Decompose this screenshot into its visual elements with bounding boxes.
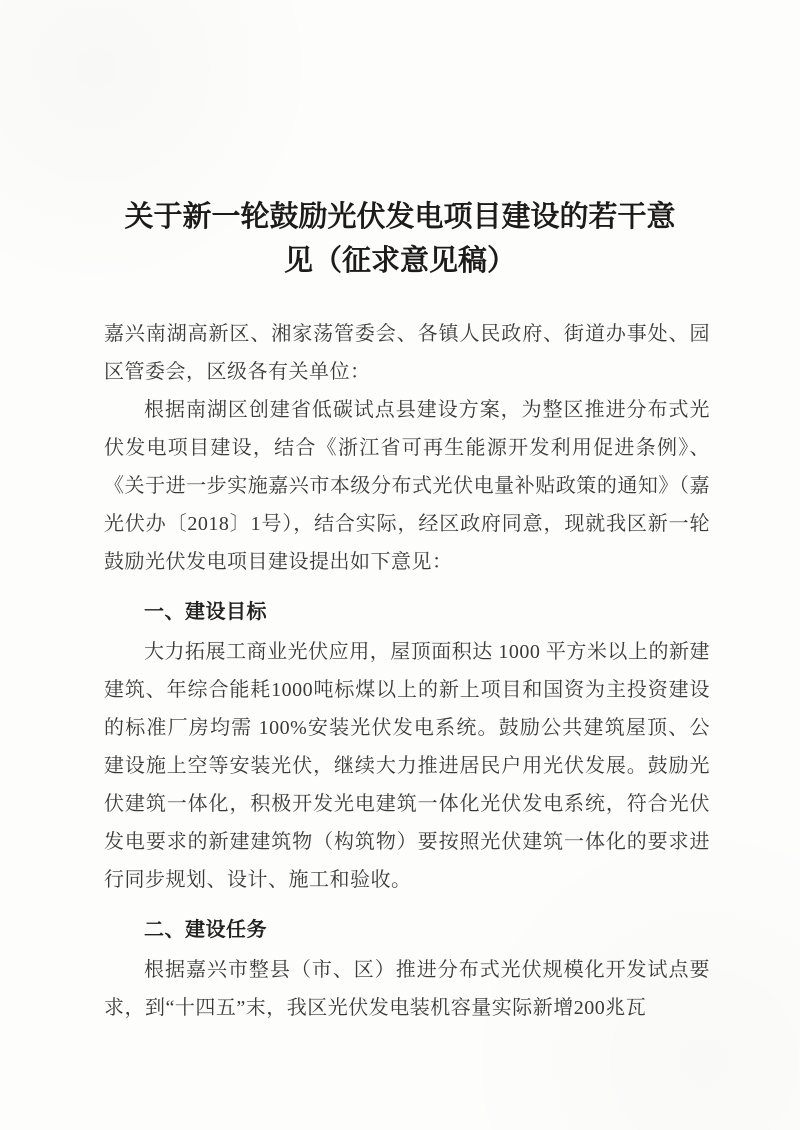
section-1-heading: 一、建设目标 (104, 593, 710, 631)
intro-paragraph: 根据南湖区创建省低碳试点县建设方案，为整区推进分布式光伏发电项目建设，结合《浙江… (104, 391, 710, 581)
section-1-paragraph: 大力拓展工商业光伏应用，屋顶面积达 1000 平方米以上的新建建筑、年综合能耗1… (104, 633, 710, 899)
section-2-heading: 二、建设任务 (104, 911, 710, 949)
document-page: 关于新一轮鼓励光伏发电项目建设的若干意见（征求意见稿） 嘉兴南湖高新区、湘家荡管… (0, 0, 800, 1130)
section-2-paragraph: 根据嘉兴市整县（市、区）推进分布式光伏规模化开发试点要求，到“十四五”末，我区光… (104, 951, 710, 1027)
salutation-line: 嘉兴南湖高新区、湘家荡管委会、各镇人民政府、街道办事处、园区管委会，区级各有关单… (104, 315, 710, 391)
document-title: 关于新一轮鼓励光伏发电项目建设的若干意见（征求意见稿） (119, 195, 681, 283)
document-body: 嘉兴南湖高新区、湘家荡管委会、各镇人民政府、街道办事处、园区管委会，区级各有关单… (0, 315, 800, 1027)
